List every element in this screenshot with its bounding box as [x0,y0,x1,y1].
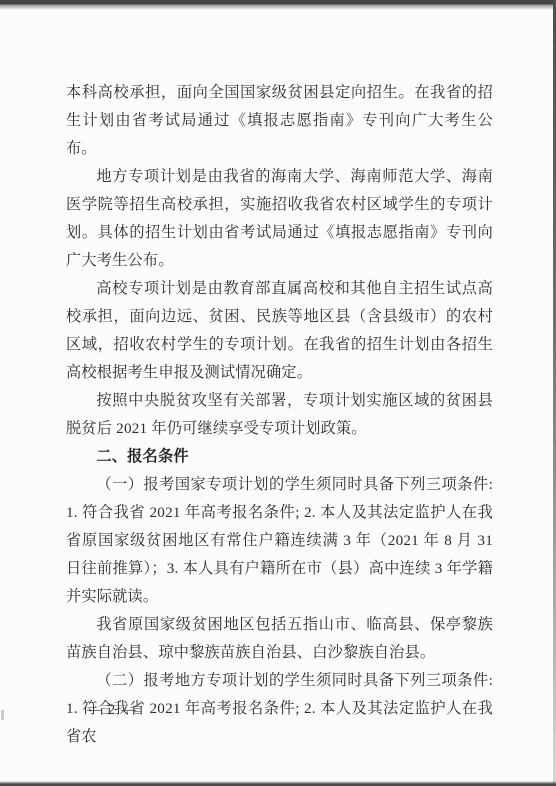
scan-edge-top [0,0,556,10]
page-number: — 2 — [87,700,137,720]
paragraph: 按照中央脱贫攻坚有关部署，专项计划实施区域的贫困县脱贫后 2021 年仍可继续享… [66,387,493,443]
paragraph: （一）报考国家专项计划的学生须同时具备下列三项条件: 1. 符合我省 2021 … [66,471,493,611]
paragraph: 我省原国家级贫困地区包括五指山市、临高县、保亭黎族苗族自治县、琼中黎族苗族自治县… [66,611,493,667]
paragraph: 高校专项计划是由教育部直属高校和其他自主招生试点高校承担，面向边远、贫困、民族等… [66,275,493,387]
section-heading: 二、报名条件 [66,443,493,471]
document-body: 本科高校承担，面向全国国家级贫困县定向招生。在我省的招生计划由省考试局通过《填报… [66,79,493,751]
scan-artifact [1,710,4,720]
document-page: 本科高校承担，面向全国国家级贫困县定向招生。在我省的招生计划由省考试局通过《填报… [0,0,556,786]
scan-edge-bottom [0,781,556,786]
paragraph-continued: 本科高校承担，面向全国国家级贫困县定向招生。在我省的招生计划由省考试局通过《填报… [66,79,493,163]
paragraph: 地方专项计划是由我省的海南大学、海南师范大学、海南医学院等招生高校承担，实施招收… [66,163,493,275]
